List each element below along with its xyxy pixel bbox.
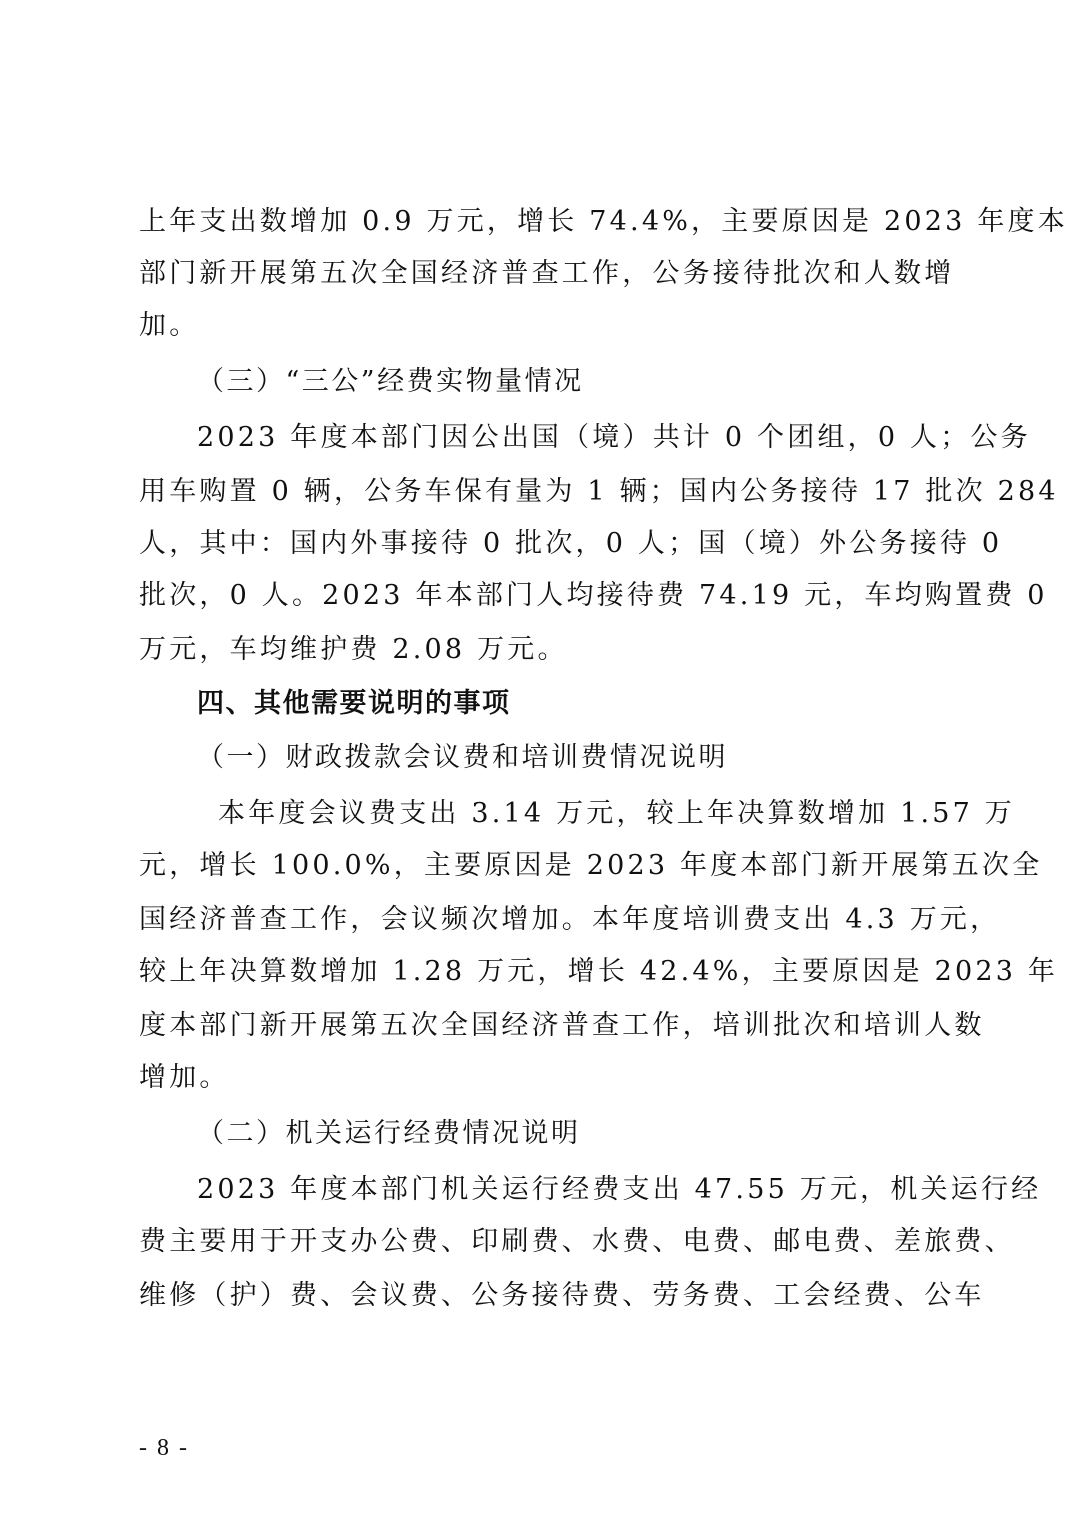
paragraph-line: 万元，车均维护费 2.08 万元。 [139, 634, 939, 666]
paragraph-line: 上年支出数增加 0.9 万元，增长 74.4%，主要原因是 2023 年度本 [139, 206, 939, 238]
paragraph-line: 较上年决算数增加 1.28 万元，增长 42.4%，主要原因是 2023 年 [139, 956, 939, 988]
paragraph-line: 维修（护）费、会议费、公务接待费、劳务费、工会经费、公车 [139, 1280, 939, 1312]
page-number: - 8 - [139, 1434, 189, 1462]
subsection-heading-meeting-training: （一）财政拨款会议费和培训费情况说明 [197, 742, 728, 774]
paragraph-line: 国经济普查工作，会议频次增加。本年度培训费支出 4.3 万元， [139, 904, 939, 936]
paragraph-line: 批次，0 人。2023 年本部门人均接待费 74.19 元，车均购置费 0 [139, 580, 939, 612]
paragraph-line: 增加。 [139, 1062, 939, 1094]
paragraph-line: 2023 年度本部门因公出国（境）共计 0 个团组，0 人；公务 [197, 422, 939, 454]
paragraph-line: 2023 年度本部门机关运行经费支出 47.55 万元，机关运行经 [197, 1174, 939, 1206]
document-page: 上年支出数增加 0.9 万元，增长 74.4%，主要原因是 2023 年度本 部… [0, 0, 1075, 1520]
subsection-heading-operating-expenses: （二）机关运行经费情况说明 [197, 1118, 581, 1150]
paragraph-line: 部门新开展第五次全国经济普查工作，公务接待批次和人数增 [139, 258, 939, 290]
section-heading-sangong-physical: （三）“三公”经费实物量情况 [197, 366, 584, 398]
paragraph-line: 人，其中：国内外事接待 0 批次，0 人；国（境）外公务接待 0 [139, 528, 939, 560]
paragraph-line: 用车购置 0 辆，公务车保有量为 1 辆；国内公务接待 17 批次 284 [139, 476, 939, 508]
paragraph-line: 本年度会议费支出 3.14 万元，较上年决算数增加 1.57 万 [218, 798, 939, 830]
chapter-heading-other-matters: 四、其他需要说明的事项 [197, 688, 511, 720]
paragraph-line: 加。 [139, 310, 939, 342]
paragraph-line: 度本部门新开展第五次全国经济普查工作，培训批次和培训人数 [139, 1010, 939, 1042]
paragraph-line: 元，增长 100.0%，主要原因是 2023 年度本部门新开展第五次全 [139, 850, 939, 882]
paragraph-line: 费主要用于开支办公费、印刷费、水费、电费、邮电费、差旅费、 [139, 1226, 939, 1258]
